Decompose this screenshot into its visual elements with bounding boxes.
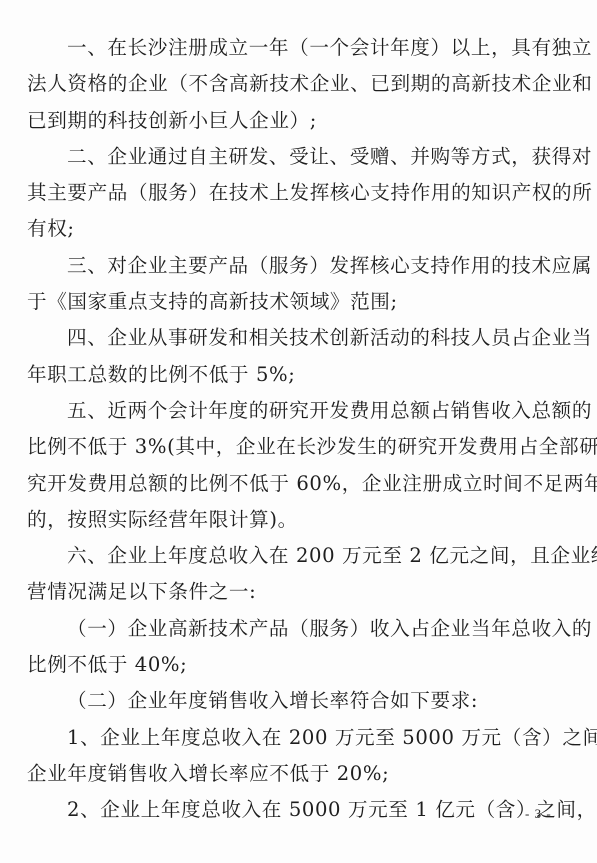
text-line: 一、在长沙注册成立一年（一个会计年度）以上，具有独立 [27,30,561,66]
paragraph-item-4: 四、企业从事研发和相关技术创新活动的科技人员占企业当 年职工总数的比例不低于 5… [27,320,561,393]
paragraph-item-6-2: （二）企业年度销售收入增长率符合如下要求: [27,683,561,719]
page-number: - 3 - [525,806,552,822]
text-line: 的，按照实际经营年限计算)。 [27,502,561,538]
paragraph-item-6: 六、企业上年度总收入在 200 万元至 2 亿元之间，且企业经 营情况满足以下条… [27,538,561,611]
paragraph-item-6-2-2: 2、企业上年度总收入在 5000 万元至 1 亿元（含）之间，企 [27,792,561,828]
text-line: 有权; [27,211,561,247]
text-line: 四、企业从事研发和相关技术创新活动的科技人员占企业当 [27,320,561,356]
text-line: 企业年度销售收入增长率应不低于 20%; [27,756,561,792]
paragraph-item-5: 五、近两个会计年度的研究开发费用总额占销售收入总额的 比例不低于 3%(其中，企… [27,393,561,538]
text-line: 2、企业上年度总收入在 5000 万元至 1 亿元（含）之间，企 [27,792,561,828]
paragraph-item-6-2-1: 1、企业上年度总收入在 200 万元至 5000 万元（含）之间， 企业年度销售… [27,720,561,793]
text-line: 1、企业上年度总收入在 200 万元至 5000 万元（含）之间， [27,720,561,756]
text-line: 其主要产品（服务）在技术上发挥核心支持作用的知识产权的所 [27,175,561,211]
text-line: 究开发费用总额的比例不低于 60%，企业注册成立时间不足两年 [27,466,561,502]
document-page: 一、在长沙注册成立一年（一个会计年度）以上，具有独立 法人资格的企业（不含高新技… [27,30,561,829]
text-line: 营情况满足以下条件之一: [27,574,561,610]
paragraph-item-3: 三、对企业主要产品（服务）发挥核心支持作用的技术应属 于《国家重点支持的高新技术… [27,248,561,321]
text-line: 比例不低于 40%; [27,647,561,683]
text-line: （二）企业年度销售收入增长率符合如下要求: [27,683,561,719]
text-line: 于《国家重点支持的高新技术领域》范围; [27,284,561,320]
text-line: 五、近两个会计年度的研究开发费用总额占销售收入总额的 [27,393,561,429]
text-line: 比例不低于 3%(其中，企业在长沙发生的研究开发费用占全部研 [27,429,561,465]
text-line: 已到期的科技创新小巨人企业）; [27,103,561,139]
paragraph-item-2: 二、企业通过自主研发、受让、受赠、并购等方式，获得对 其主要产品（服务）在技术上… [27,139,561,248]
paragraph-item-1: 一、在长沙注册成立一年（一个会计年度）以上，具有独立 法人资格的企业（不含高新技… [27,30,561,139]
text-line: 年职工总数的比例不低于 5%; [27,357,561,393]
text-line: 法人资格的企业（不含高新技术企业、已到期的高新技术企业和 [27,66,561,102]
paragraph-item-6-1: （一）企业高新技术产品（服务）收入占企业当年总收入的 比例不低于 40%; [27,611,561,684]
text-line: （一）企业高新技术产品（服务）收入占企业当年总收入的 [27,611,561,647]
text-line: 三、对企业主要产品（服务）发挥核心支持作用的技术应属 [27,248,561,284]
text-line: 二、企业通过自主研发、受让、受赠、并购等方式，获得对 [27,139,561,175]
text-line: 六、企业上年度总收入在 200 万元至 2 亿元之间，且企业经 [27,538,561,574]
